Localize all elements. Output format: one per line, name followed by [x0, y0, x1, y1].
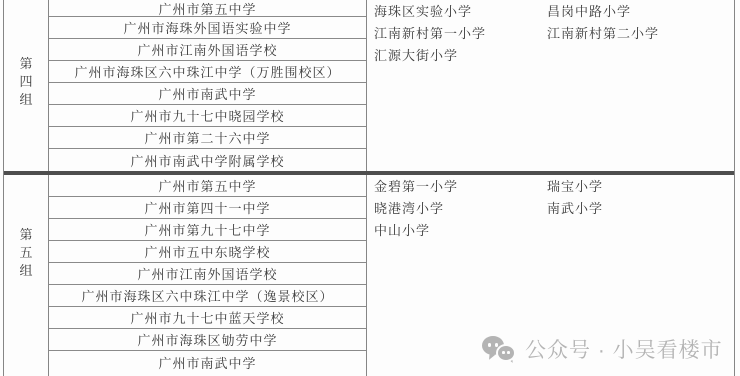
primary-school-row: 金碧第一小学瑞宝小学: [374, 176, 734, 198]
group-label: 第四组: [19, 55, 34, 109]
middle-school-name: 广州市第二十六中学: [144, 128, 270, 147]
table-row: 广州市第二十六中学: [49, 127, 366, 149]
group-label-cell: 第五组: [4, 175, 49, 376]
middle-school-name: 广州市海珠外国语实验中学: [123, 18, 291, 37]
primary-school-row: 汇源大街小学: [374, 45, 734, 67]
middle-school-name: 广州市第五中学: [158, 0, 256, 18]
middle-school-name: 广州市第五中学: [158, 176, 256, 195]
table-row: 广州市江南外国语学校: [49, 263, 366, 285]
table-row: 广州市第五中学: [49, 0, 366, 17]
watermark: 公众号 · 小吴看楼市: [482, 333, 723, 365]
middle-school-name: 广州市第四十一中学: [144, 198, 270, 217]
table-row: 广州市南武中学附属学校: [49, 149, 366, 171]
middle-school-column: 广州市第五中学广州市海珠外国语实验中学广州市江南外国语学校广州市海珠区六中珠江中…: [49, 0, 367, 171]
primary-school-name: 瑞宝小学: [547, 179, 603, 194]
table-row: 广州市南武中学: [49, 83, 366, 105]
group-section: 第四组广州市第五中学广州市海珠外国语实验中学广州市江南外国语学校广州市海珠区六中…: [4, 0, 734, 171]
group-label: 第五组: [19, 226, 34, 280]
primary-school-name: 金碧第一小学: [374, 176, 547, 198]
middle-school-name: 广州市海珠区六中珠江中学（万胜围校区）: [74, 62, 340, 81]
middle-school-name: 广州市南武中学: [158, 84, 256, 103]
middle-school-name: 广州市五中东晓学校: [144, 242, 270, 261]
primary-school-name: 南武小学: [547, 201, 603, 216]
wechat-icon: [482, 334, 517, 364]
table-row: 广州市第五中学: [49, 175, 366, 197]
primary-school-name: 中山小学: [374, 220, 547, 242]
middle-school-name: 广州市海珠区六中珠江中学（逸景校区）: [81, 286, 333, 305]
table-row: 广州市五中东晓学校: [49, 241, 366, 263]
watermark-text: 公众号 · 小吴看楼市: [525, 334, 723, 364]
table-row: 广州市九十七中蓝天学校: [49, 307, 366, 329]
primary-school-name: 汇源大街小学: [374, 45, 547, 67]
table-row: 广州市南武中学: [49, 351, 366, 373]
table-row: 广州市海珠区六中珠江中学（逸景校区）: [49, 285, 366, 307]
table-row: 广州市第九十七中学: [49, 219, 366, 241]
primary-school-name: 江南新村第二小学: [547, 26, 659, 41]
primary-school-name: 海珠区实验小学: [374, 1, 547, 23]
table-row: 广州市第四十一中学: [49, 197, 366, 219]
primary-school-row: 晓港湾小学南武小学: [374, 198, 734, 220]
middle-school-name: 广州市江南外国语学校: [137, 40, 277, 59]
middle-school-name: 广州市九十七中晓园学校: [130, 106, 284, 125]
primary-school-row: 海珠区实验小学昌岗中路小学: [374, 1, 734, 23]
table-row: 广州市九十七中晓园学校: [49, 105, 366, 127]
table-row: 广州市海珠区六中珠江中学（万胜围校区）: [49, 61, 366, 83]
primary-school-row: 中山小学: [374, 220, 734, 242]
primary-school-name: 江南新村第一小学: [374, 23, 547, 45]
group-label-cell: 第四组: [4, 0, 49, 171]
table-row: 广州市海珠外国语实验中学: [49, 17, 366, 39]
table-row: 广州市海珠区劬劳中学: [49, 329, 366, 351]
primary-school-column: 海珠区实验小学昌岗中路小学江南新村第一小学江南新村第二小学汇源大街小学: [367, 0, 734, 171]
middle-school-name: 广州市南武中学附属学校: [130, 151, 284, 170]
primary-school-name: 晓港湾小学: [374, 198, 547, 220]
middle-school-name: 广州市江南外国语学校: [137, 264, 277, 283]
middle-school-name: 广州市第九十七中学: [144, 220, 270, 239]
primary-school-name: 昌岗中路小学: [547, 4, 631, 19]
middle-school-name: 广州市南武中学: [158, 353, 256, 372]
middle-school-column: 广州市第五中学广州市第四十一中学广州市第九十七中学广州市五中东晓学校广州市江南外…: [49, 175, 367, 376]
middle-school-name: 广州市九十七中蓝天学校: [130, 308, 284, 327]
wechat-icon-bubble-small: [498, 346, 514, 360]
table-row: 广州市江南外国语学校: [49, 39, 366, 61]
primary-school-row: 江南新村第一小学江南新村第二小学: [374, 23, 734, 45]
page: 第四组广州市第五中学广州市海珠外国语实验中学广州市江南外国语学校广州市海珠区六中…: [0, 0, 740, 376]
school-group-table: 第四组广州市第五中学广州市海珠外国语实验中学广州市江南外国语学校广州市海珠区六中…: [3, 0, 735, 376]
middle-school-name: 广州市海珠区劬劳中学: [137, 330, 277, 349]
